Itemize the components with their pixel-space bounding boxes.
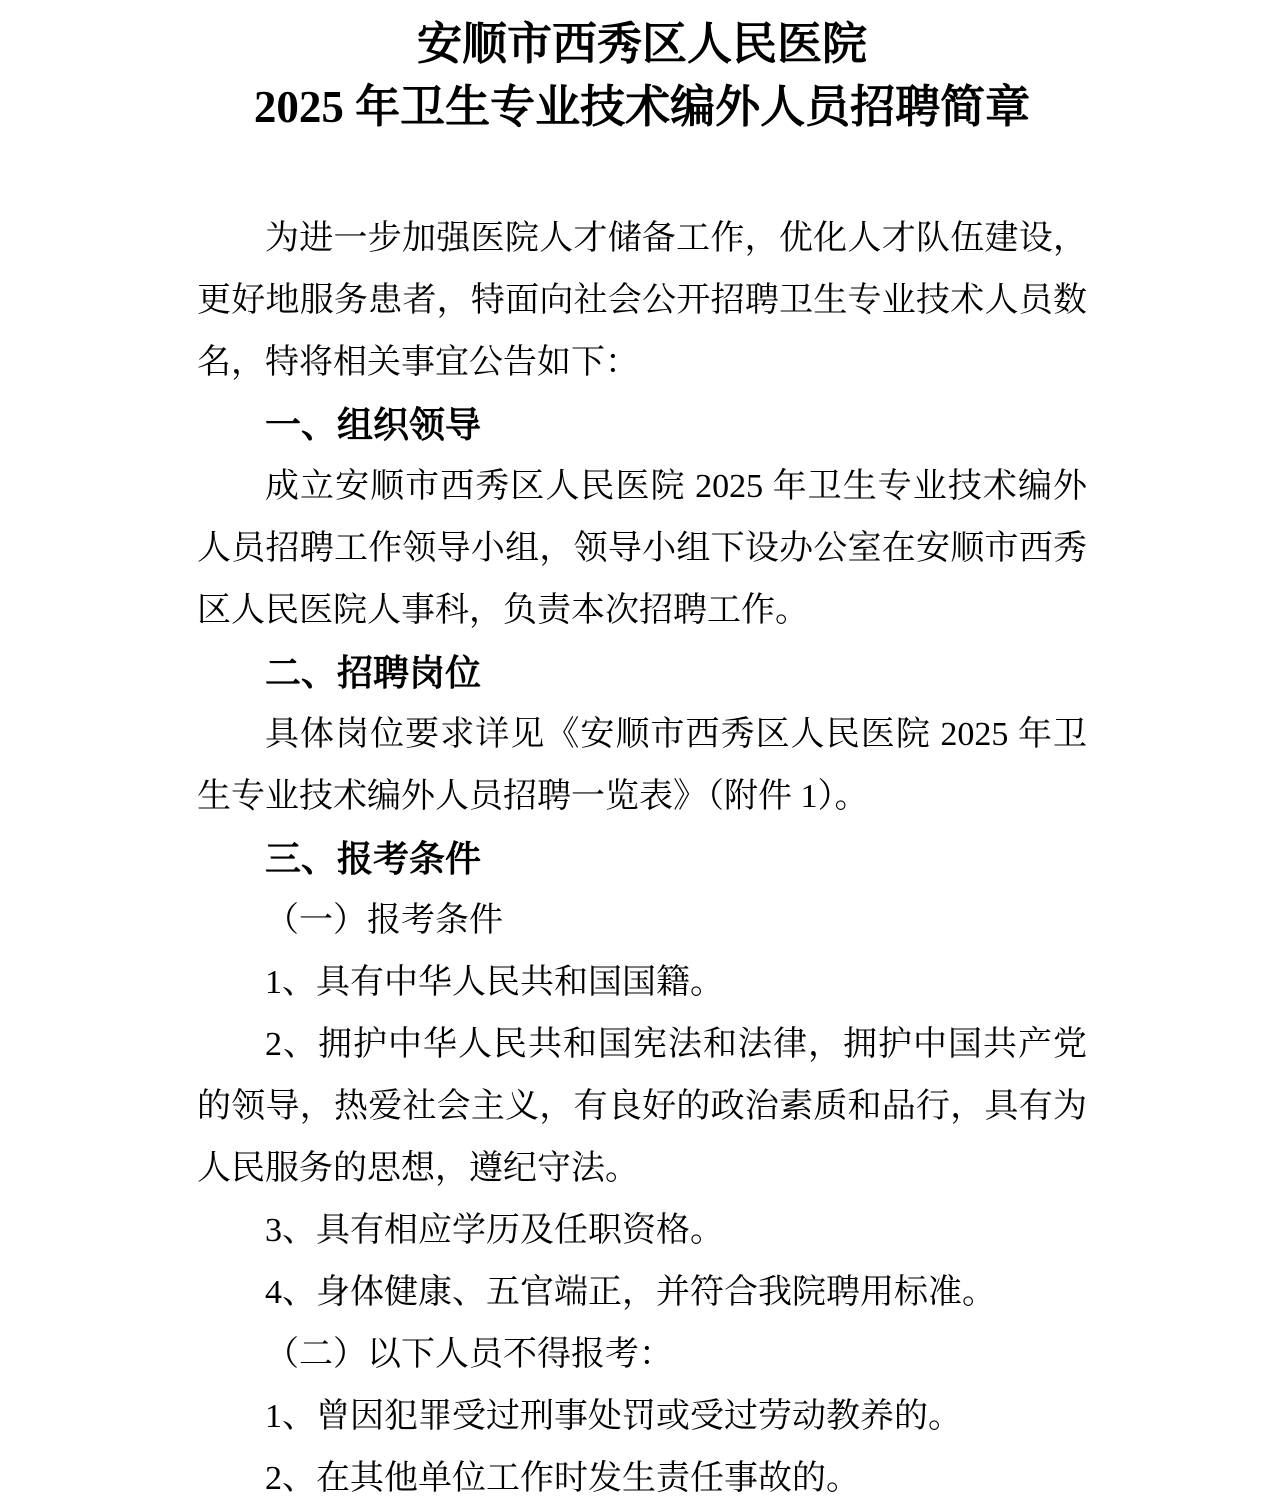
document-body: 为进一步加强医院人才储备工作，优化人才队伍建设，更好地服务患者，特面向社会公开招… (197, 208, 1087, 1510)
text-line: 3、具有相应学历及任职资格。 (197, 1200, 1087, 1262)
text-line: 1、曾因犯罪受过刑事处罚或受过劳动教养的。 (197, 1386, 1087, 1448)
section-heading: 二、招聘岗位 (197, 642, 1087, 704)
text-line: 2、拥护中华人民共和国宪法和法律，拥护中国共产党 (197, 1014, 1087, 1076)
text-line: 为进一步加强医院人才储备工作，优化人才队伍建设， (197, 208, 1087, 270)
text-line: 1、具有中华人民共和国国籍。 (197, 952, 1087, 1014)
text-line: 成立安顺市西秀区人民医院 2025 年卫生专业技术编外 (197, 456, 1087, 518)
document-title-line-2: 2025 年卫生专业技术编外人员招聘简章 (197, 76, 1087, 139)
document-page: 安顺市西秀区人民医院 2025 年卫生专业技术编外人员招聘简章 为进一步加强医院… (0, 0, 1280, 1512)
text-line: 更好地服务患者，特面向社会公开招聘卫生专业技术人员数 (197, 270, 1087, 332)
text-line: （二）以下人员不得报考： (197, 1324, 1087, 1386)
text-line: 4、身体健康、五官端正，并符合我院聘用标准。 (197, 1262, 1087, 1324)
section-heading: 三、报考条件 (197, 828, 1087, 890)
document-title: 安顺市西秀区人民医院 2025 年卫生专业技术编外人员招聘简章 (197, 13, 1087, 139)
text-line: 名，特将相关事宜公告如下： (197, 332, 1087, 394)
text-line: 生专业技术编外人员招聘一览表》（附件 1）。 (197, 766, 1087, 828)
text-line: 的领导，热爱社会主义，有良好的政治素质和品行，具有为 (197, 1076, 1087, 1138)
text-line: 人民服务的思想，遵纪守法。 (197, 1138, 1087, 1200)
text-line: 人员招聘工作领导小组，领导小组下设办公室在安顺市西秀 (197, 518, 1087, 580)
text-line: 具体岗位要求详见《安顺市西秀区人民医院 2025 年卫 (197, 704, 1087, 766)
section-heading: 一、组织领导 (197, 394, 1087, 456)
text-line: 区人民医院人事科，负责本次招聘工作。 (197, 580, 1087, 642)
text-line: 2、在其他单位工作时发生责任事故的。 (197, 1448, 1087, 1510)
document-title-line-1: 安顺市西秀区人民医院 (197, 13, 1087, 76)
text-line: （一）报考条件 (197, 890, 1087, 952)
